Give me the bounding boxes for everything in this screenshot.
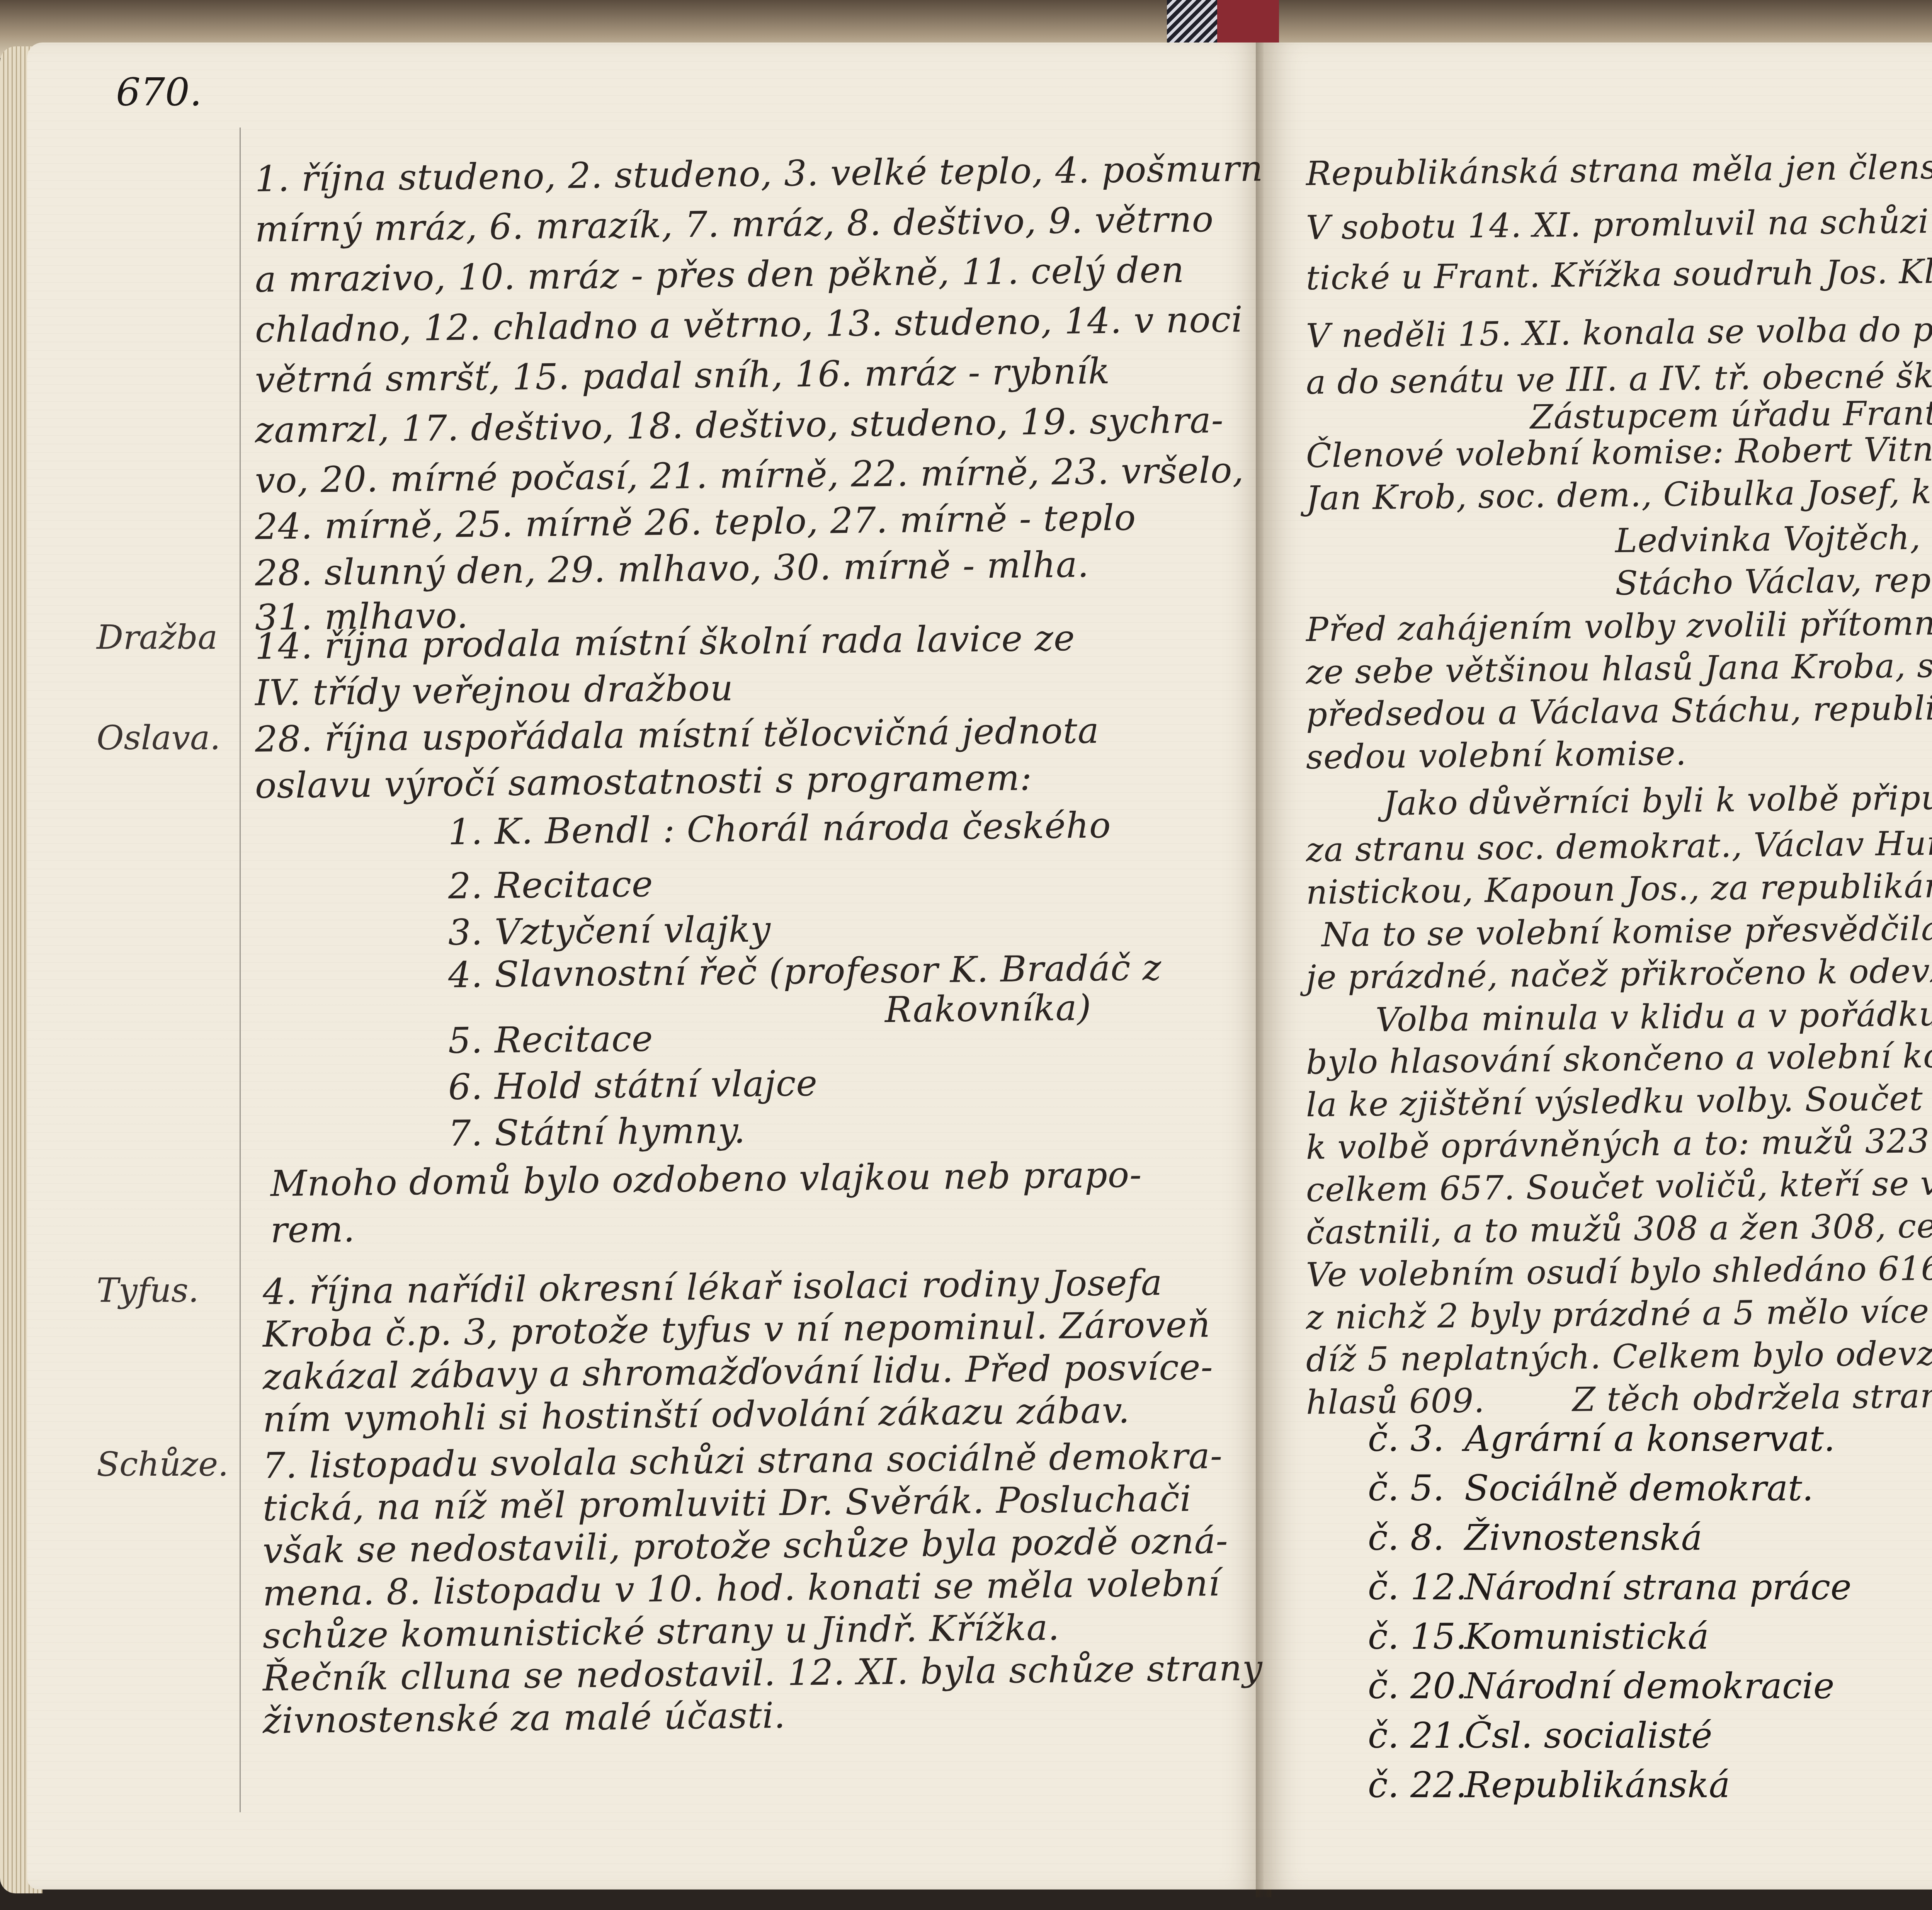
committee-line: Ledvinka Vojtěch, národ. demokrat.: [1615, 515, 1932, 560]
party-name: Národní strana práce: [1464, 1566, 1852, 1608]
result-row: č. 12. Národní strana práce 5: [1368, 1566, 1932, 1616]
party-name: Republikánská: [1464, 1764, 1730, 1806]
party-number: č. 3.: [1368, 1418, 1444, 1459]
party-number: č. 21.: [1368, 1715, 1467, 1756]
auction-line: 14. října prodala místní školní rada lav…: [255, 617, 1075, 667]
official-line: Zástupcem úřadu Frant. Hýka, říd. uč. v.…: [1530, 390, 1932, 437]
party-name: Sociálně demokrat.: [1464, 1468, 1813, 1509]
page-number-left: 670.: [116, 70, 202, 115]
program-item: 3. Vztyčení vlajky: [448, 908, 771, 953]
program-item: 5. Recitace: [448, 1018, 653, 1061]
celebration-line: oslavu výročí samostatnosti s programem:: [255, 757, 1032, 806]
party-name: Živnostenská: [1464, 1517, 1702, 1558]
party-number: č. 15.: [1368, 1616, 1467, 1657]
body-line: častnili, a to mužů 308 a žen 308, celke…: [1306, 1205, 1932, 1252]
celebration-line: 28. října uspořádala místní tělocvičná j…: [255, 710, 1099, 760]
party-number: č. 20.: [1368, 1665, 1467, 1707]
result-row: č. 20. Národní demokracie 15: [1368, 1665, 1932, 1715]
body-line: nistickou, Kapoun Jos., za republikán.: [1306, 866, 1932, 912]
bookmark-ribbon-red: [1217, 0, 1279, 46]
party-name: Komunistická: [1464, 1616, 1709, 1657]
margin-note-meeting: Schůze.: [97, 1445, 228, 1484]
auction-line: IV. třídy veřejnou dražbou: [255, 667, 733, 714]
committee-line: Stácho Václav, republikán: [1615, 560, 1932, 603]
meeting-line: živnostenské za malé účasti.: [262, 1695, 786, 1742]
committee-line: Jan Krob, soc. dem., Cibulka Josef, komu…: [1306, 471, 1932, 518]
result-row: č. 8. Živnostenská 12: [1368, 1517, 1932, 1566]
margin-note-typhus: Tyfus.: [97, 1271, 199, 1310]
result-row: č. 21. Čsl. socialisté 9: [1368, 1715, 1932, 1764]
party-number: č. 22.: [1368, 1764, 1467, 1806]
party-name: Národní demokracie: [1464, 1665, 1834, 1707]
party-number: č. 12.: [1368, 1566, 1467, 1608]
program-item: 2. Recitace: [448, 863, 653, 907]
celebration-outro: rem.: [270, 1209, 355, 1251]
program-item: 6. Hold státní vlajce: [448, 1063, 818, 1108]
party-name: Agrární a konservat.: [1464, 1418, 1835, 1459]
body-line: sedou volební komise.: [1306, 734, 1687, 777]
program-item-continuation: Rakovníka): [884, 987, 1092, 1031]
program-item: 1. K. Bendl : Chorál národa českého: [448, 804, 1111, 853]
result-row: č. 3. Agrární a konservat. 3: [1368, 1418, 1932, 1468]
body-line: k volbě oprávněných a to: mužů 323 a žen…: [1306, 1120, 1932, 1167]
election-results-table: č. 3. Agrární a konservat. 3 č. 5. Sociá…: [1368, 1418, 1932, 1814]
result-row: č. 5. Sociálně demokrat. 147: [1368, 1468, 1932, 1517]
left-margin-rule: [240, 128, 241, 1812]
party-name: Čsl. socialisté: [1464, 1715, 1712, 1756]
result-row: č. 22. Republikánská 177: [1368, 1764, 1932, 1814]
program-item: 7. Státní hymny.: [448, 1110, 746, 1154]
weather-line: 28. slunný den, 29. mlhavo, 30. mírně - …: [255, 544, 1089, 594]
margin-note-celebration: Oslava.: [97, 719, 221, 757]
result-row: č. 15. Komunistická 226: [1368, 1616, 1932, 1665]
party-number: č. 5.: [1368, 1468, 1444, 1509]
party-number: č. 8.: [1368, 1517, 1444, 1558]
meeting-line: schůze komunistické strany u Jindř. Kříž…: [262, 1607, 1060, 1657]
margin-note-auction: Dražba: [97, 618, 218, 657]
body-line: hlasů 609. Z těch obdržela strana: [1306, 1376, 1932, 1422]
